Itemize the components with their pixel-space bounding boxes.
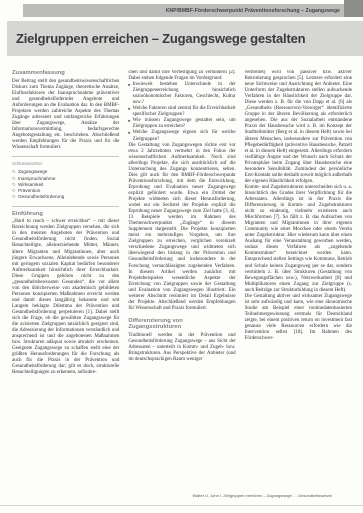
article-body: Zusammenfassung Der Beitrag stellt den g… xyxy=(12,70,352,488)
list-item: ▸ Welche Faktoren sind zentral für die E… xyxy=(128,106,235,118)
footer-citation: Walter U, John I. Zielgruppen erreichen … xyxy=(0,493,332,498)
introduction-text: „Hard to reach – schwer erreichbar“ – mi… xyxy=(12,219,119,376)
running-head-text: KNP/BMBF-Förderschwerpunkt Präventionsfo… xyxy=(166,8,340,14)
page-bottom-rule xyxy=(0,505,363,506)
section-heading: Differenzierung von Zugangsstrukturen xyxy=(128,318,235,331)
keyword-label: Gesundheitsförderung xyxy=(18,194,64,200)
column-middle: chen und damit ihre Verfestigung zu verh… xyxy=(128,70,235,488)
abstract-text: Der Beitrag stellt den gesundheitswissen… xyxy=(12,79,119,152)
journal-page: KNP/BMBF-Förderschwerpunkt Präventionsfo… xyxy=(0,0,363,513)
circular-arrow-bullet-icon: ↻ xyxy=(12,194,16,200)
divider xyxy=(12,206,119,207)
triangle-bullet-icon: ▸ xyxy=(128,130,130,136)
triangle-bullet-icon: ▸ xyxy=(128,118,130,124)
column-left: Zusammenfassung Der Beitrag stellt den g… xyxy=(12,70,119,488)
list-item: ▸ Welche Zugangswege eignen sich für wel… xyxy=(128,130,235,142)
triangle-bullet-icon: ▸ xyxy=(128,106,130,112)
divider xyxy=(12,156,119,157)
question-text: Welche Zugangswege eignen sich für welch… xyxy=(133,130,236,142)
question-text: Inwieweit bestehen Unterschiede in der Z… xyxy=(133,82,236,106)
body-paragraph: Komm- und Zugehstrukturen unterscheiden … xyxy=(245,185,352,294)
body-paragraph: Traditionell werden in der Prävention un… xyxy=(128,333,235,363)
keywords-list: ↻ Zugangswege ↻ Inanspruchnahme ↻ Wirksa… xyxy=(12,169,119,200)
question-text: Welche Faktoren sind zentral für die Err… xyxy=(133,106,236,118)
body-paragraph: verbreitet) wird von passiver bzw. aktiv… xyxy=(245,70,352,185)
triangle-bullet-icon: ▸ xyxy=(128,82,130,88)
keyword-item: ↻ Gesundheitsförderung xyxy=(12,194,119,200)
body-paragraph: chen und damit ihre Verfestigung zu verh… xyxy=(128,70,235,82)
column-right: verbreitet) wird von passiver bzw. aktiv… xyxy=(245,70,352,488)
list-item: ▸ Wie müssen Zugangswege gestaltet sein,… xyxy=(128,118,235,130)
body-paragraph: Die Gestaltung aktiver und wirksamer Zug… xyxy=(245,294,352,342)
research-questions-list: ▸ Inwieweit bestehen Unterschiede in der… xyxy=(128,82,235,142)
introduction-heading: Einführung xyxy=(12,211,119,218)
abstract-heading: Zusammenfassung xyxy=(12,70,119,77)
keywords-heading: Schlüsselwörter xyxy=(12,161,119,167)
question-text: Wie müssen Zugangswege gestaltet sein, u… xyxy=(133,118,236,130)
section-thumb-tab xyxy=(344,0,363,17)
title-banner: Zielgruppen erreichen – Zugangswege gest… xyxy=(7,21,363,56)
list-item: ▸ Inwieweit bestehen Unterschiede in der… xyxy=(128,82,235,106)
body-paragraph: Die Gestaltung von Zugangswegen rückte e… xyxy=(128,143,235,312)
article-title: Zielgruppen erreichen – Zugangswege gest… xyxy=(16,31,305,46)
running-head: KNP/BMBF-Förderschwerpunkt Präventionsfo… xyxy=(23,4,344,17)
